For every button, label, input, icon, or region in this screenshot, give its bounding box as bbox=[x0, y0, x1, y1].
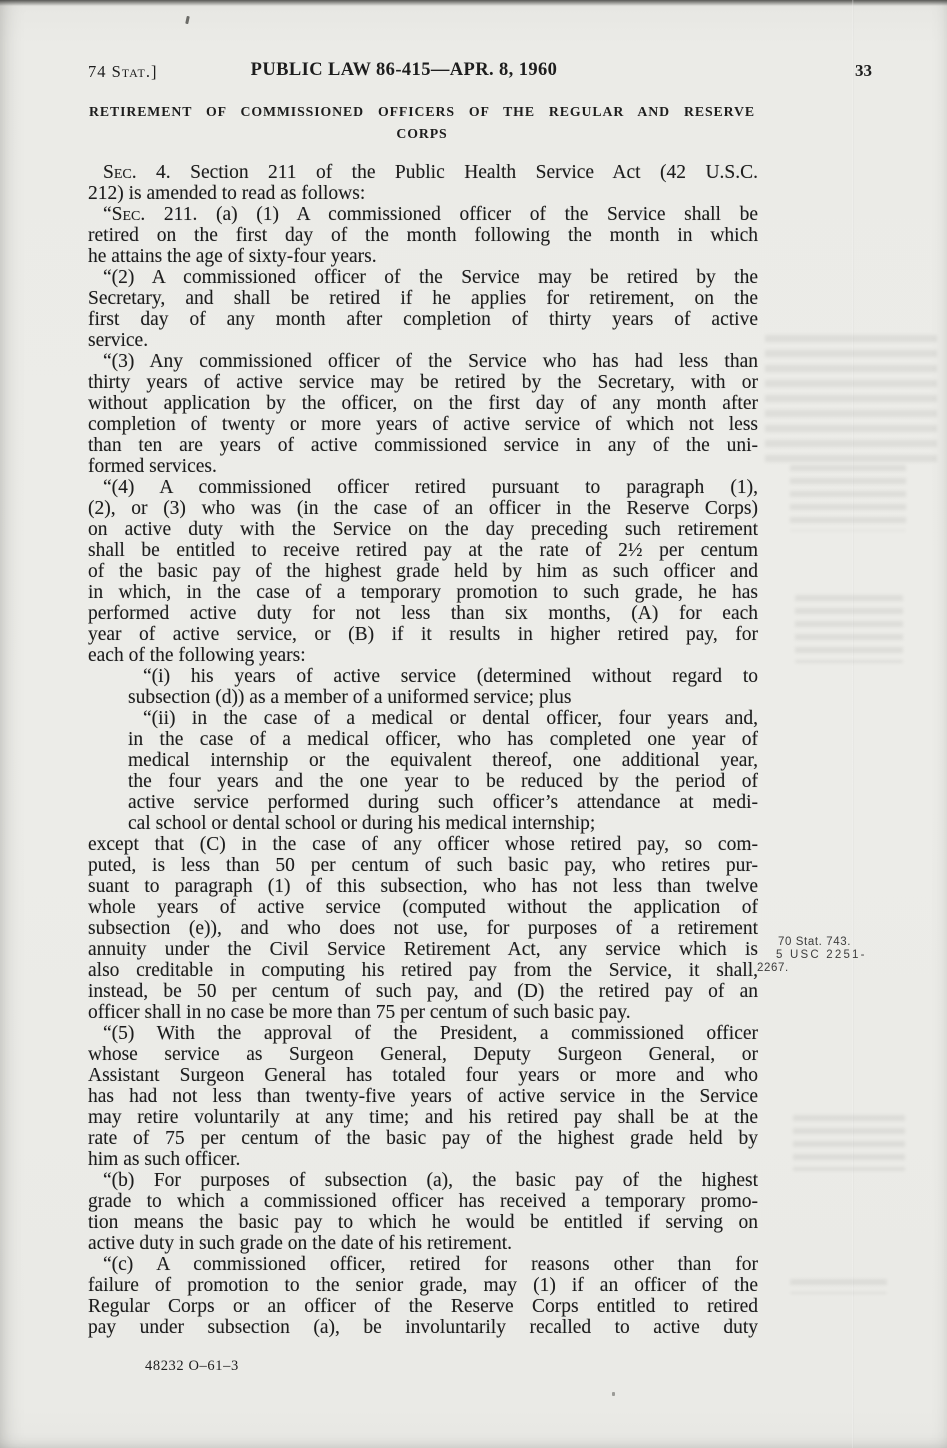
text-line: also creditable in computing his retired… bbox=[88, 960, 758, 981]
text-line: pay under subsection (a), be involuntari… bbox=[88, 1317, 758, 1338]
section-heading: RETIREMENT OF COMMISSIONED OFFICERS OF T… bbox=[89, 101, 755, 145]
text-line: Regular Corps or an officer of the Reser… bbox=[88, 1296, 758, 1317]
text-line: rate of 75 per centum of the basic pay o… bbox=[88, 1128, 758, 1149]
text-line: completion of twenty or more years of ac… bbox=[88, 414, 758, 435]
text-line: Sec. 4. Section 211 of the Public Health… bbox=[88, 162, 758, 183]
page-crease-line bbox=[852, 0, 854, 1448]
body-text: Sec. 4. Section 211 of the Public Health… bbox=[88, 162, 758, 1338]
running-head-law-title: PUBLIC LAW 86-415—APR. 8, 1960 bbox=[251, 60, 558, 81]
text-line: “(i) his years of active service (determ… bbox=[128, 666, 758, 687]
text-line: formed services. bbox=[88, 456, 758, 477]
text-line: than ten are years of active commissione… bbox=[88, 435, 758, 456]
ink-speck bbox=[612, 1392, 615, 1396]
text-line: puted, is less than 50 per centum of suc… bbox=[88, 855, 758, 876]
text-line: (2), or (3) who was (in the case of an o… bbox=[88, 498, 758, 519]
running-head-volume: 74 Stat.] bbox=[88, 62, 157, 82]
text-line: annuity under the Civil Service Retireme… bbox=[88, 939, 758, 960]
text-line: Secretary, and shall be retired if he ap… bbox=[88, 288, 758, 309]
text-line: 212) is amended to read as follows: bbox=[88, 183, 758, 204]
printer-code: 48232 O–61–3 bbox=[145, 1358, 239, 1375]
paragraph: Sec. 4. Section 211 of the Public Health… bbox=[88, 162, 758, 204]
paragraph: “(3) Any commissioned officer of the Ser… bbox=[88, 351, 758, 477]
bleed-through-smudge bbox=[795, 595, 903, 663]
text-line: except that (C) in the case of any offic… bbox=[88, 834, 758, 855]
text-line: of the basic pay of the highest grade he… bbox=[88, 561, 758, 582]
text-line: “(2) A commissioned officer of the Servi… bbox=[88, 267, 758, 288]
text-line: “(5) With the approval of the President,… bbox=[88, 1023, 758, 1044]
margin-note-line: 70 Stat. 743. bbox=[757, 936, 917, 949]
text-line: officer shall in no case be more than 75… bbox=[88, 1002, 758, 1023]
ink-speck bbox=[185, 16, 190, 24]
scan-edge-top bbox=[0, 0, 947, 6]
text-line: on active duty with the Service on the d… bbox=[88, 519, 758, 540]
page-number: 33 bbox=[855, 61, 872, 81]
text-line: instead, be 50 per centum of such pay, a… bbox=[88, 981, 758, 1002]
text-line: “(c) A commissioned officer, retired for… bbox=[88, 1254, 758, 1275]
text-line: Assistant Surgeon General has totaled fo… bbox=[88, 1065, 758, 1086]
paragraph: except that (C) in the case of any offic… bbox=[88, 834, 758, 1023]
text-line: subsection (d)) as a member of a uniform… bbox=[128, 687, 758, 708]
paragraph: “(4) A commissioned officer retired purs… bbox=[88, 477, 758, 666]
paragraph: “(i) his years of active service (determ… bbox=[88, 666, 758, 708]
text-line: “(b) For purposes of subsection (a), the… bbox=[88, 1170, 758, 1191]
text-line: cal school or dental school or during hi… bbox=[128, 813, 758, 834]
text-line: failure of promotion to the senior grade… bbox=[88, 1275, 758, 1296]
text-line: performed active duty for not less than … bbox=[88, 603, 758, 624]
bleed-through-smudge bbox=[790, 1279, 887, 1294]
paragraph: “(b) For purposes of subsection (a), the… bbox=[88, 1170, 758, 1254]
text-line: thirty years of active service may be re… bbox=[88, 372, 758, 393]
bleed-through-smudge bbox=[765, 335, 937, 467]
bleed-through-smudge bbox=[790, 465, 906, 531]
text-line: “(3) Any commissioned officer of the Ser… bbox=[88, 351, 758, 372]
text-line: may retire voluntarily at any time; and … bbox=[88, 1107, 758, 1128]
paragraph: “(2) A commissioned officer of the Servi… bbox=[88, 267, 758, 351]
text-line: active service performed during such off… bbox=[128, 792, 758, 813]
paragraph: “(c) A commissioned officer, retired for… bbox=[88, 1254, 758, 1338]
bleed-through-smudge bbox=[793, 1115, 905, 1171]
margin-note-line: 5 USC 2251- bbox=[757, 949, 917, 962]
text-line: service. bbox=[88, 330, 758, 351]
text-line: active duty in such grade on the date of… bbox=[88, 1233, 758, 1254]
text-line: “Sec. 211. (a) (1) A commissioned office… bbox=[88, 204, 758, 225]
text-line: in the case of a medical officer, who ha… bbox=[128, 729, 758, 750]
section-heading-line2: CORPS bbox=[89, 123, 755, 145]
text-line: whole years of active service (computed … bbox=[88, 897, 758, 918]
text-line: has had not less than twenty-five years … bbox=[88, 1086, 758, 1107]
text-line: shall be entitled to receive retired pay… bbox=[88, 540, 758, 561]
text-line: without application by the officer, on t… bbox=[88, 393, 758, 414]
paragraph: “Sec. 211. (a) (1) A commissioned office… bbox=[88, 204, 758, 267]
text-line: suant to paragraph (1) of this subsectio… bbox=[88, 876, 758, 897]
text-line: each of the following years: bbox=[88, 645, 758, 666]
text-line: medical internship or the equivalent the… bbox=[128, 750, 758, 771]
text-line: retired on the first day of the month fo… bbox=[88, 225, 758, 246]
paragraph: “(ii) in the case of a medical or dental… bbox=[88, 708, 758, 834]
margin-note-line: 2267. bbox=[757, 962, 917, 975]
paragraph: “(5) With the approval of the President,… bbox=[88, 1023, 758, 1170]
text-line: “(4) A commissioned officer retired purs… bbox=[88, 477, 758, 498]
section-heading-line1: RETIREMENT OF COMMISSIONED OFFICERS OF T… bbox=[89, 101, 755, 123]
text-line: in which, in the case of a temporary pro… bbox=[88, 582, 758, 603]
text-line: the four years and the one year to be re… bbox=[128, 771, 758, 792]
text-line: grade to which a commissioned officer ha… bbox=[88, 1191, 758, 1212]
text-line: subsection (e)), and who does not use, f… bbox=[88, 918, 758, 939]
margin-citation-note: 70 Stat. 743. 5 USC 2251- 2267. bbox=[757, 936, 917, 975]
text-line: him as such officer. bbox=[88, 1149, 758, 1170]
text-line: year of active service, or (B) if it res… bbox=[88, 624, 758, 645]
text-line: tion means the basic pay to which he wou… bbox=[88, 1212, 758, 1233]
text-line: he attains the age of sixty-four years. bbox=[88, 246, 758, 267]
text-line: first day of any month after completion … bbox=[88, 309, 758, 330]
text-line: whose service as Surgeon General, Deputy… bbox=[88, 1044, 758, 1065]
statute-page-scan: 74 Stat.] PUBLIC LAW 86-415—APR. 8, 1960… bbox=[0, 0, 947, 1448]
text-line: “(ii) in the case of a medical or dental… bbox=[128, 708, 758, 729]
